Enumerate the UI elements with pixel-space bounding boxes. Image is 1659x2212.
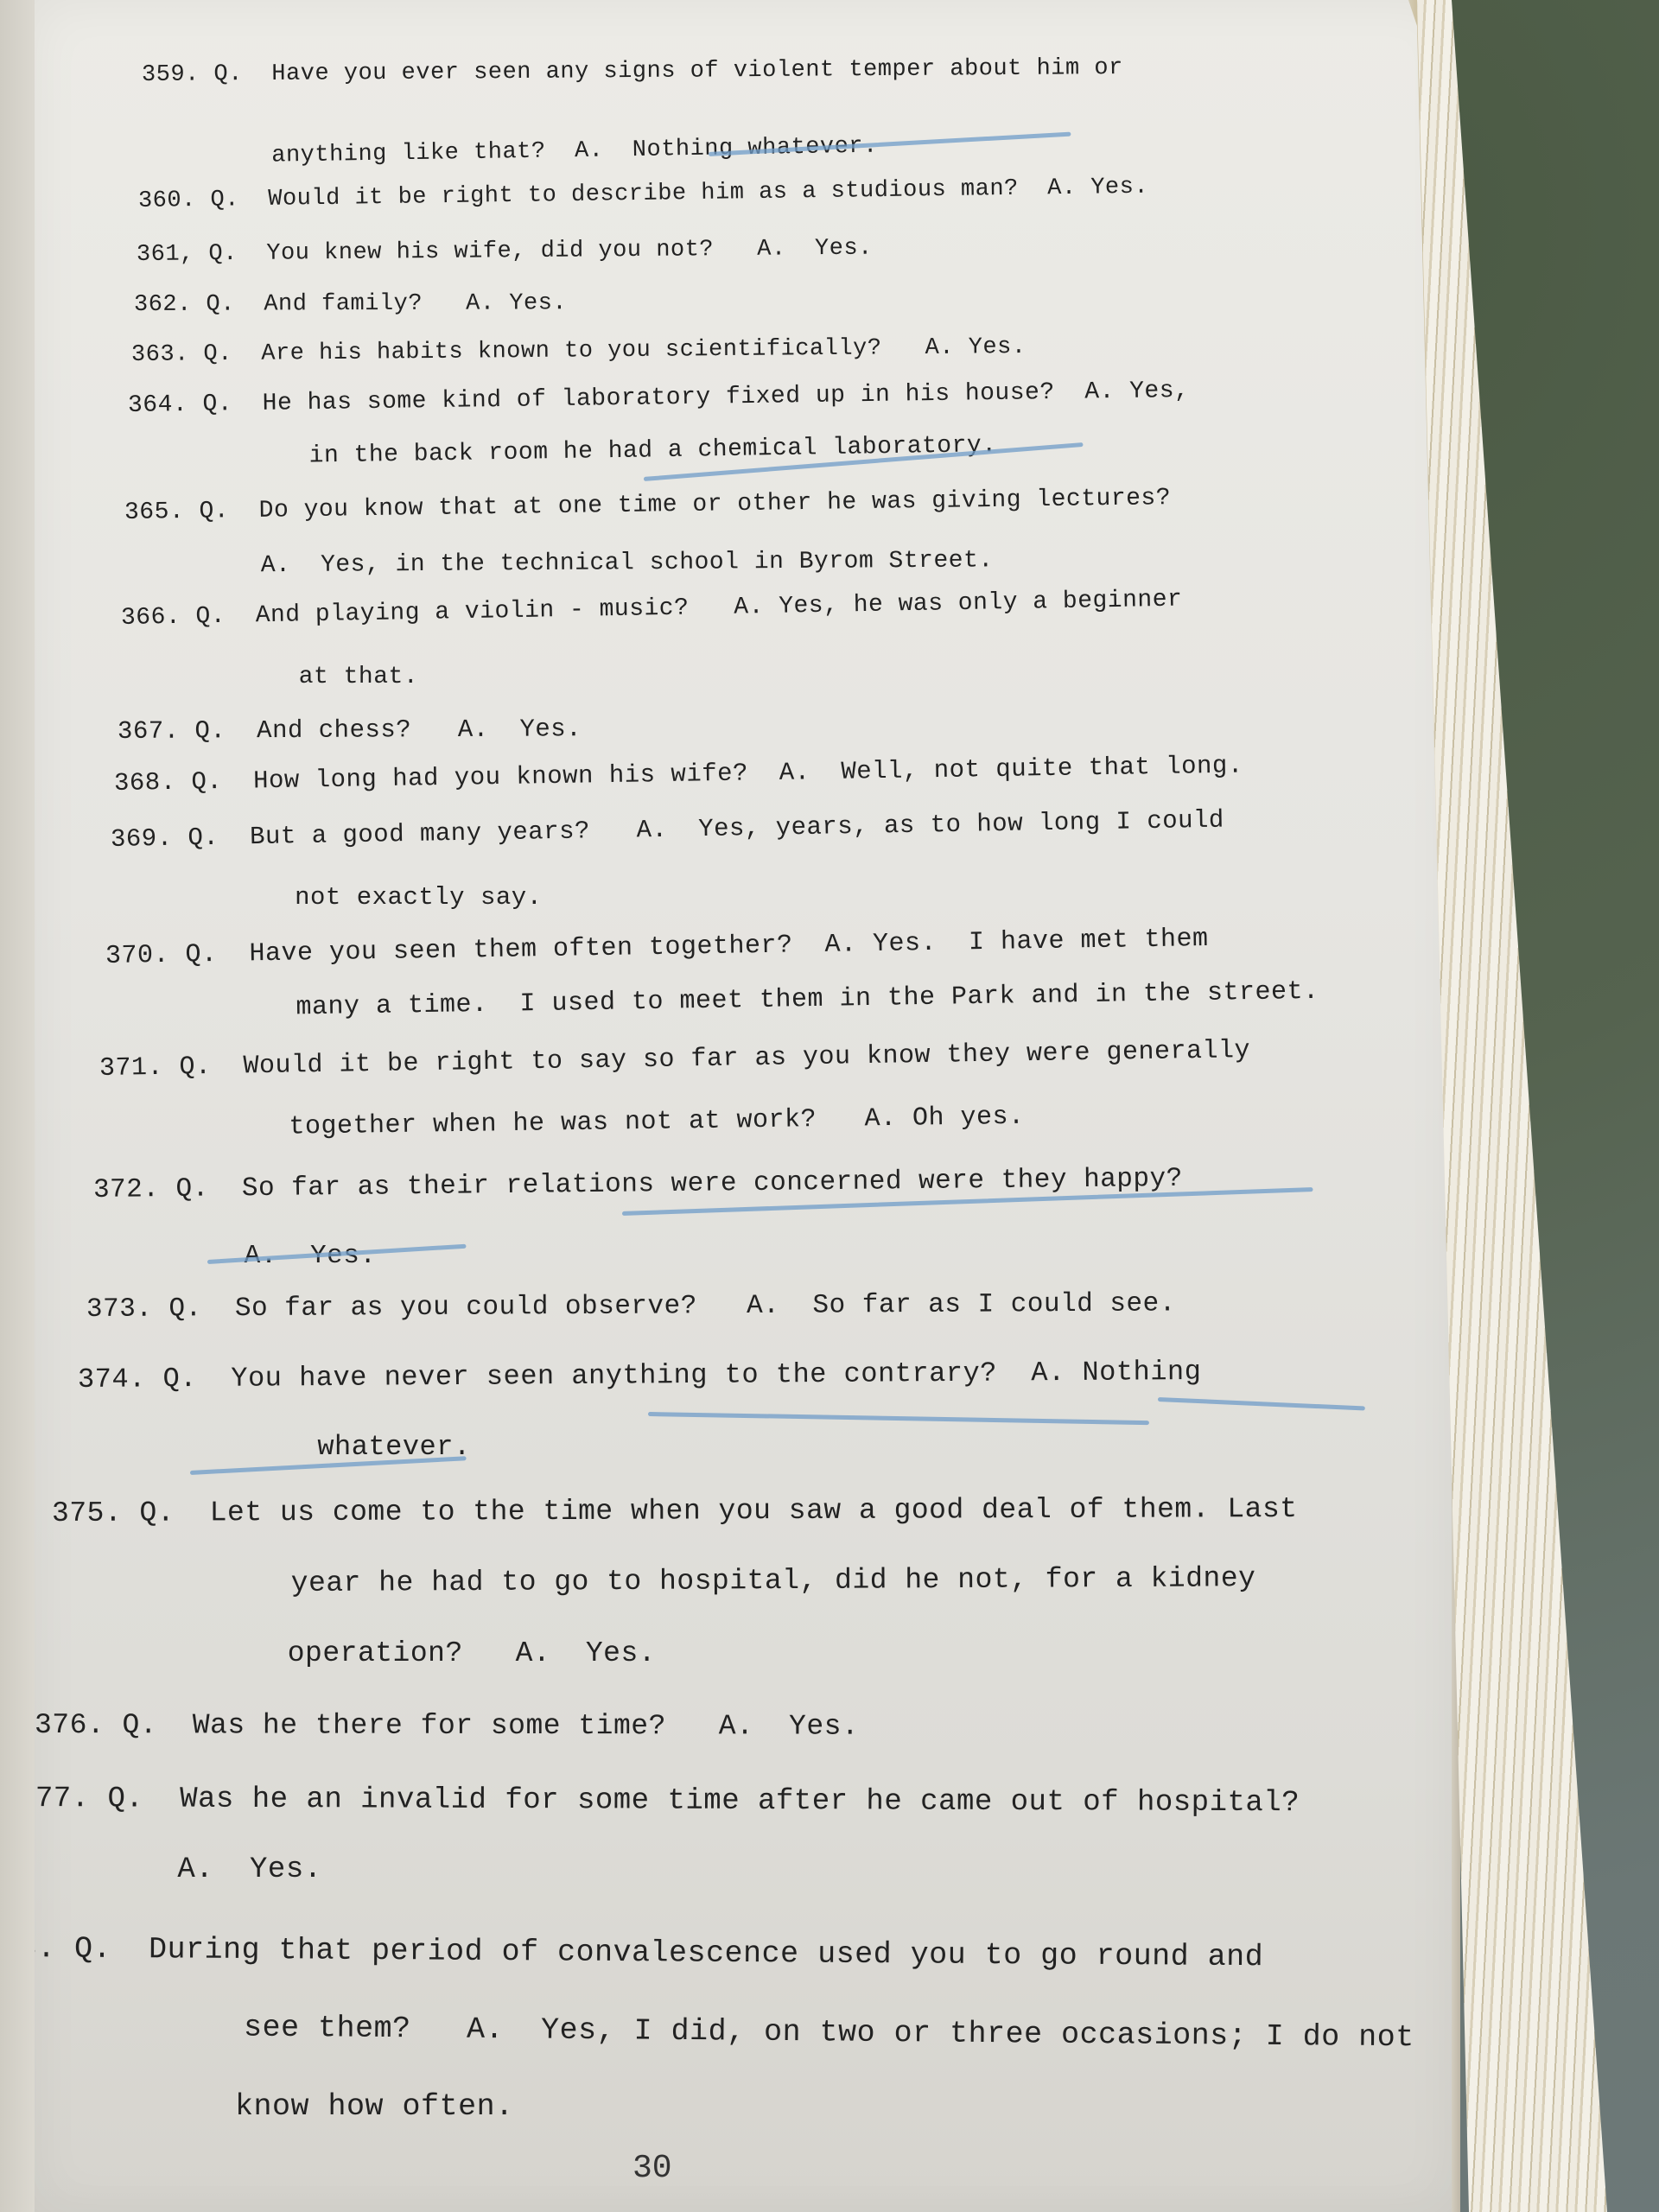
transcript-line: 78. Q. During that period of convalescen… (0, 1931, 1263, 1974)
transcript-line: 365. Q. Do you know that at one time or … (124, 485, 1172, 526)
transcript-line: 366. Q. And playing a violin - music? A.… (121, 587, 1183, 632)
pencil-underline (1158, 1397, 1365, 1410)
transcript-line: see them? A. Yes, I did, on two or three… (95, 2009, 1414, 2055)
transcript-line: 375. Q. Let us come to the time when you… (52, 1493, 1298, 1529)
transcript-line: in the back room he had a chemical labor… (175, 432, 997, 472)
transcript-line: 374. Q. You have never seen anything to … (78, 1356, 1202, 1395)
transcript-line: 359. Q. Have you ever seen any signs of … (142, 55, 1123, 88)
transcript-line: A. Yes, in the technical school in Byrom… (171, 547, 994, 580)
transcript-line: 370. Q. Have you seen them often togethe… (105, 925, 1209, 971)
transcript-line: know how often. (86, 2089, 514, 2124)
transcript-line: not exactly say. (156, 883, 543, 912)
transcript-line: 360. Q. Would it be right to describe hi… (138, 175, 1148, 214)
transcript-page: 359. Q. Have you ever seen any signs of … (35, 0, 1452, 2212)
transcript-line: 371. Q. Would it be right to say so far … (99, 1036, 1251, 1084)
transcript-line: 367. Q. And chess? A. Yes. (118, 715, 582, 746)
transcript-line: together when he was not at work? A. Oh … (145, 1103, 1025, 1144)
transcript-line: 376. Q. Was he there for some time? A. Y… (35, 1709, 859, 1743)
transcript-line: 368. Q. How long had you known his wife?… (114, 751, 1243, 798)
transcript-line: 364. Q. He has some kind of laboratory f… (128, 378, 1190, 419)
transcript-line: 377. Q. Was he an invalid for some time … (17, 1783, 1300, 1820)
transcript-line: 361, Q. You knew his wife, did you not? … (137, 236, 873, 268)
transcript-line: A. Yes. (69, 1853, 322, 1886)
transcript-line: at that. (164, 664, 418, 690)
transcript-line: 362. Q. And family? A. Yes. (134, 290, 567, 318)
transcript-line: 363. Q. Are his habits known to you scie… (131, 334, 1027, 368)
transcript-line: many a time. I used to meet them in the … (152, 977, 1319, 1025)
page-number: 30 (632, 2150, 672, 2187)
transcript-line: year he had to go to hospital, did he no… (133, 1562, 1256, 1600)
pencil-underline (648, 1412, 1149, 1425)
transcript-line: 369. Q. But a good many years? A. Yes, y… (111, 806, 1224, 854)
transcript-line: operation? A. Yes. (130, 1637, 656, 1669)
transcript-line: 373. Q. So far as you could observe? A. … (86, 1288, 1176, 1325)
